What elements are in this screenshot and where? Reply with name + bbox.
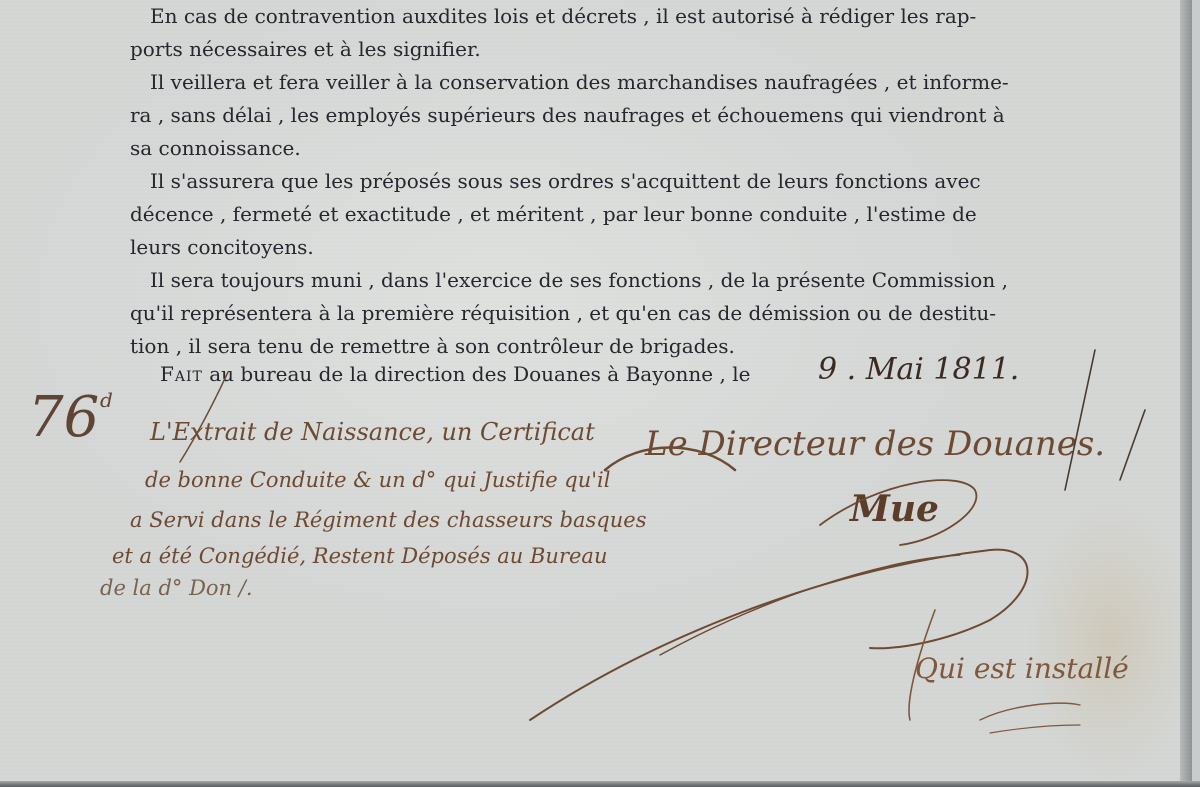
printed-line-text: tion , il sera tenu de remettre à son co… <box>130 330 735 363</box>
handwritten-note-line: de la d° Don /. <box>100 576 253 600</box>
printed-line-text: qu'il représentera à la première réquisi… <box>130 297 996 330</box>
handwritten-note-line: de bonne Conduite & un d° qui Justifie q… <box>145 468 610 492</box>
signature-flourish-inner <box>660 555 960 655</box>
director-signature: Mue <box>850 488 939 530</box>
printed-text-block: En cas de contravention auxdites lois et… <box>130 0 1080 363</box>
printed-line-text: En cas de contravention auxdites lois et… <box>150 0 976 33</box>
signing-line: Fait au bureau de la direction des Douan… <box>160 362 750 386</box>
handwritten-note-line: L'Extrait de Naissance, un Certificat <box>150 418 595 446</box>
margin-number: 76 <box>28 385 99 450</box>
printed-line-text: Il veillera et fera veiller à la conserv… <box>150 66 1009 99</box>
printed-line-text: ports nécessaires et à les signifier. <box>130 33 481 66</box>
underline-stroke <box>980 703 1080 720</box>
underline-stroke <box>990 725 1080 733</box>
printed-line: sa connoissance. <box>130 132 1080 165</box>
printed-line: Il veillera et fera veiller à la conserv… <box>130 66 1080 99</box>
handwritten-note-line: a Servi dans le Régiment des chasseurs b… <box>130 508 646 532</box>
slash-stroke <box>1065 350 1095 490</box>
document-paper: En cas de contravention auxdites lois et… <box>0 0 1192 787</box>
printed-line-text: décence , fermeté et exactitude , et mér… <box>130 198 977 231</box>
fait-label: Fait <box>160 362 203 386</box>
printed-line: ra , sans délai , les employés supérieur… <box>130 99 1080 132</box>
page-edge-shadow <box>1180 0 1192 787</box>
handwritten-date: 9 . Mai 1811. <box>818 352 1019 387</box>
margin-suffix: d <box>100 388 113 412</box>
signing-line-text: au bureau de la direction des Douanes à … <box>209 362 750 386</box>
printed-line-text: Il s'assurera que les préposés sous ses … <box>150 165 981 198</box>
signature-title: Le Directeur des Douanes. <box>645 424 1105 464</box>
printed-line-text: ra , sans délai , les employés supérieur… <box>130 99 1005 132</box>
printed-line: qu'il représentera à la première réquisi… <box>130 297 1080 330</box>
printed-line-text: leurs concitoyens. <box>130 231 314 264</box>
slash-stroke <box>1120 410 1145 480</box>
signature-flourish <box>530 550 1028 720</box>
printed-line: Il sera toujours muni , dans l'exercice … <box>130 264 1080 297</box>
printed-line-text: Il sera toujours muni , dans l'exercice … <box>150 264 1008 297</box>
handwritten-note-line: et a été Congédié, Restent Déposés au Bu… <box>112 544 607 568</box>
printed-line-text: sa connoissance. <box>130 132 301 165</box>
printed-line: ports nécessaires et à les signifier. <box>130 33 1080 66</box>
page-bottom-edge <box>0 781 1200 787</box>
printed-line: En cas de contravention auxdites lois et… <box>130 0 1080 33</box>
printed-line: leurs concitoyens. <box>130 231 1080 264</box>
installed-note: Qui est installé <box>915 652 1129 685</box>
printed-line: décence , fermeté et exactitude , et mér… <box>130 198 1080 231</box>
printed-line: Il s'assurera que les préposés sous ses … <box>130 165 1080 198</box>
